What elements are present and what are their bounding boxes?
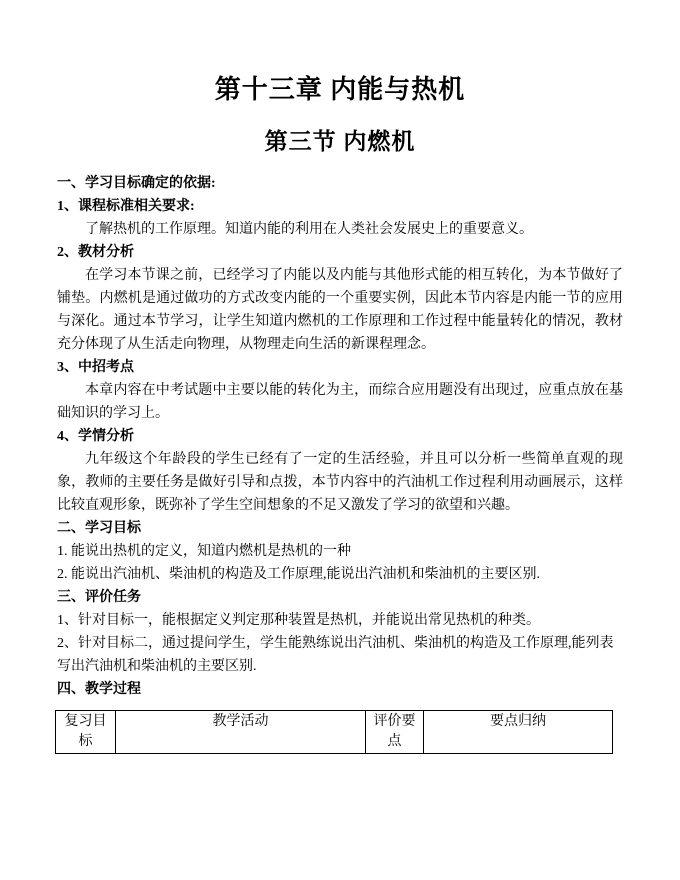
table-header-evaluation-points: 评价要点	[366, 711, 424, 754]
table-header-key-summary: 要点归纳	[424, 711, 613, 754]
section-heading: 2、教材分析	[57, 241, 623, 264]
teaching-process-table: 复习目标 教学活动 评价要点 要点归纳	[55, 710, 613, 754]
table-header-row: 复习目标 教学活动 评价要点 要点归纳	[56, 711, 613, 754]
document-content: 第十三章 内能与热机 第三节 内燃机 一、学习目标确定的依据: 1、课程标准相关…	[0, 0, 680, 754]
section-heading: 二、学习目标	[57, 517, 623, 540]
section-heading: 3、中招考点	[57, 356, 623, 379]
paragraph: 九年级这个年龄段的学生已经有了一定的生活经验，并且可以分析一些简单直观的现象，教…	[57, 448, 623, 517]
table-header-teaching-activity: 教学活动	[116, 711, 366, 754]
list-item: 2. 能说出汽油机、柴油机的构造及工作原理,能说出汽油机和柴油机的主要区别.	[57, 563, 623, 586]
section-heading: 1、课程标准相关要求:	[57, 195, 623, 218]
section-heading: 四、教学过程	[57, 678, 623, 701]
section-heading: 三、评价任务	[57, 586, 623, 609]
document-page: 第十三章 内能与热机 第三节 内燃机 一、学习目标确定的依据: 1、课程标准相关…	[0, 0, 680, 880]
paragraph: 本章内容在中考试题中主要以能的转化为主，而综合应用题没有出现过，应重点放在基础知…	[57, 379, 623, 425]
list-item: 2、针对目标二，通过提问学生，学生能熟练说出汽油机、柴油机的构造及工作原理,能列…	[57, 632, 623, 678]
chapter-title: 第十三章 内能与热机	[57, 72, 623, 108]
section-heading: 一、学习目标确定的依据:	[57, 172, 623, 195]
paragraph: 在学习本节课之前，已经学习了内能以及内能与其他形式能的相互转化，为本节做好了铺垫…	[57, 264, 623, 356]
section-title: 第三节 内燃机	[57, 125, 623, 159]
section-heading: 4、学情分析	[57, 425, 623, 448]
list-item: 1. 能说出热机的定义，知道内燃机是热机的一种	[57, 540, 623, 563]
list-item: 1、针对目标一，能根据定义判定那种装置是热机，并能说出常见热机的种类。	[57, 609, 623, 632]
paragraph: 了解热机的工作原理。知道内能的利用在人类社会发展史上的重要意义。	[57, 218, 623, 241]
table-header-review-goal: 复习目标	[56, 711, 116, 754]
